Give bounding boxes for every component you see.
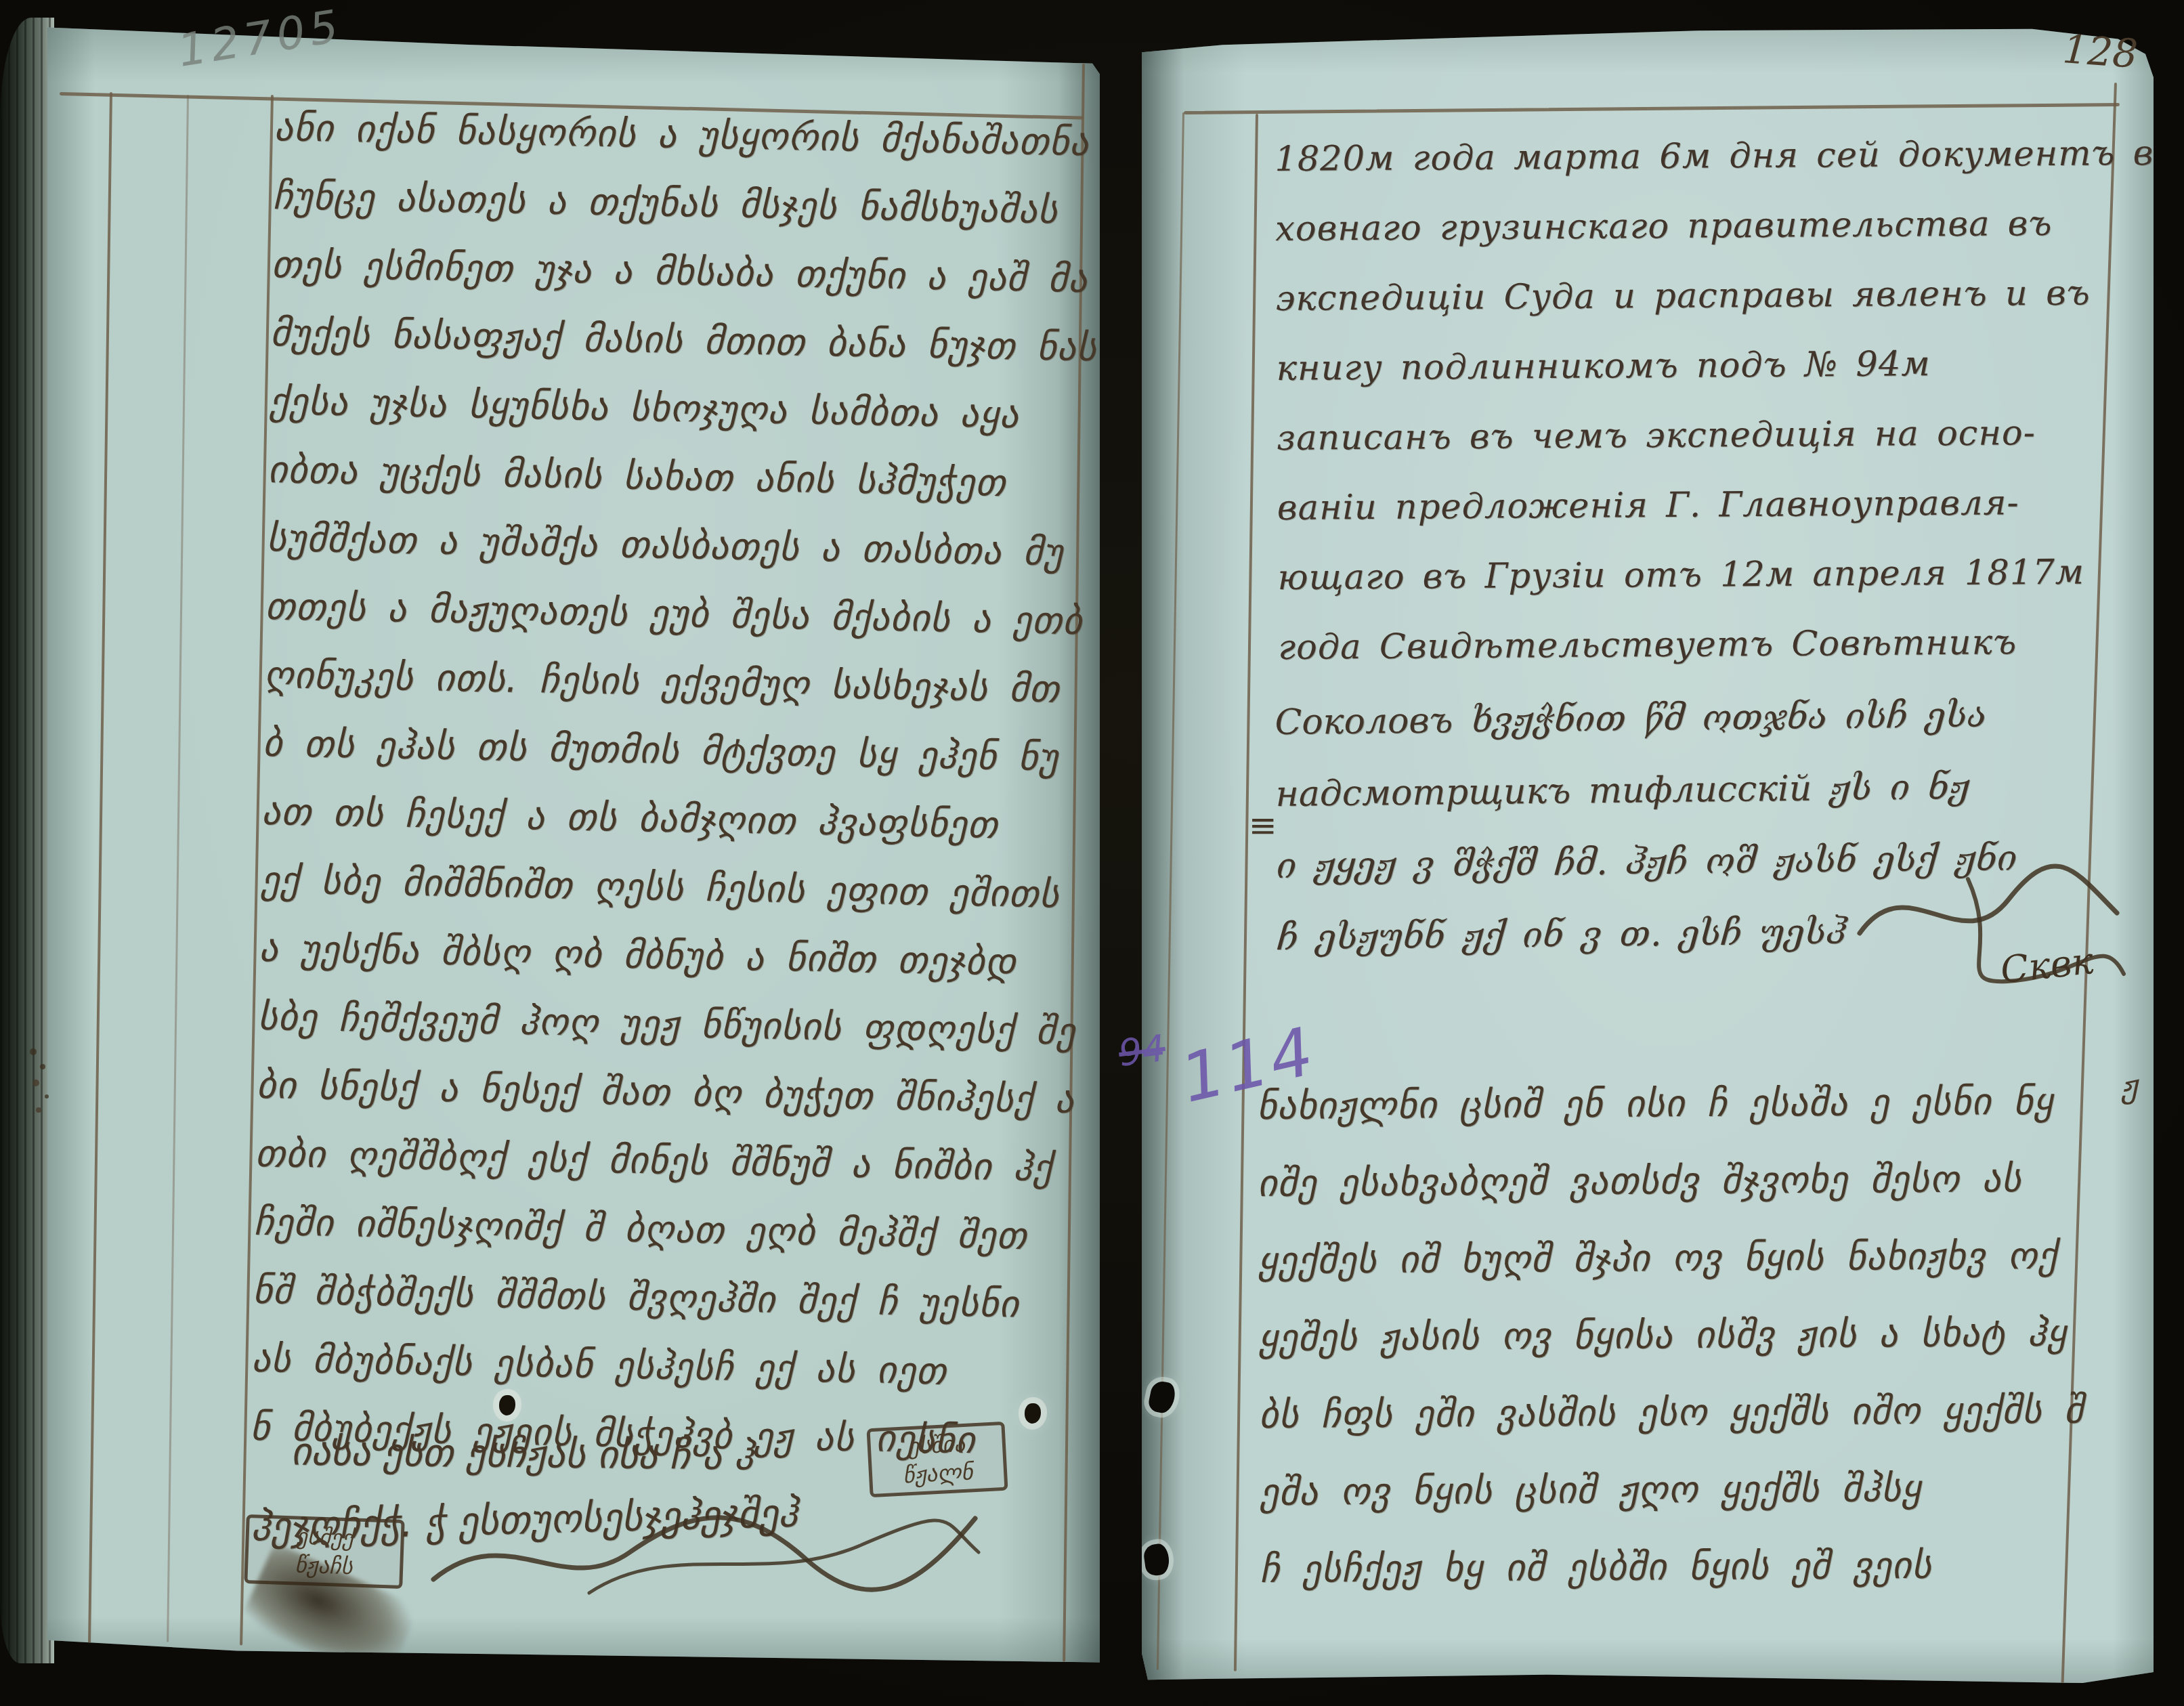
margin-rule-right-2 bbox=[1234, 114, 1258, 1671]
triple-dash-mark: ≡ bbox=[1249, 806, 1275, 845]
manuscript-text-line: ჩ ესჩქეჟ ხყ იშ ესბში ნყის ეშ ვეის bbox=[1260, 1525, 2117, 1608]
russian-text-line: 1820м года марта 6м дня сей документъ ве… bbox=[1275, 119, 2122, 194]
russian-text-line: книгу подлинникомъ подъ № 94м bbox=[1276, 328, 2123, 404]
russian-text-line: записанъ въ чемъ экспедицiя на осно- bbox=[1277, 398, 2124, 473]
stamp-box-right: ესშიაწჟალნ bbox=[866, 1422, 1008, 1498]
margin-rule-left-2 bbox=[167, 95, 189, 1642]
manuscript-text-line: ყეშეს ჟასის ოვ ნყისა ისშვ ჟის ა სხატ ჰყ bbox=[1258, 1294, 2116, 1376]
russian-text-line: ховнаго грузинскаго правительства въ bbox=[1275, 188, 2122, 264]
top-rule-right-page bbox=[1184, 103, 2120, 114]
georgian-text-block-left: ანი იქან ნასყორის ა უსყორის მქანაშათნაჩუ… bbox=[250, 93, 1098, 1476]
ink-folio: 128 bbox=[2061, 26, 2139, 77]
scan-backdrop: ანი იქან ნასყორის ა უსყორის მქანაშათნაჩუ… bbox=[0, 0, 2184, 1706]
russian-text-line: ванiи предложенiя Г. Главноуправля- bbox=[1277, 467, 2124, 543]
book-fore-edge-stack bbox=[0, 18, 54, 1663]
signature-flourish-left bbox=[427, 1478, 982, 1606]
mixed-text-line: надсмотрщикъ тифлисскiй ჟს ი ნჟ bbox=[1275, 750, 2129, 830]
manuscript-text-line: ბს ჩფს ეში ვასშის ესო ყექშს იშო ყექშს შ bbox=[1259, 1371, 2116, 1453]
right-page: 1820м года марта 6м дня сей документъ ве… bbox=[1142, 19, 2154, 1686]
manuscript-text-line: ნახიჟლნი ცსიშ ენ ისი ჩ ესაშა ე ესნი ნყ bbox=[1257, 1062, 2114, 1145]
mixed-text-line: Соколовъ ხვჟჭნით წმ ოთჯნა ისჩ ესა bbox=[1275, 678, 2128, 759]
stamp-text-line: წჟალნ bbox=[880, 1457, 996, 1491]
manuscript-text-line: ეშა ოვ ნყის ცსიშ ჟღო ყექშს შჰსყ bbox=[1259, 1448, 2116, 1531]
margin-rule-left-1 bbox=[88, 92, 112, 1646]
signature-line-1: იასა ესთ ესჩჟას ისა ჩ ა ჰ bbox=[291, 1429, 754, 1478]
manuscript-text-line: ყექშეს იშ ხუღშ შჯპი ოვ ნყის ნახიჟხვ ოქ bbox=[1258, 1216, 2115, 1299]
russian-text-line: года Свидѣтельствуетъ Совѣтникъ bbox=[1278, 607, 2125, 683]
manuscript-text-line: იშე ესახვაბღეშ ვათსძვ შჯვოხე შესო ას bbox=[1258, 1139, 2115, 1222]
margin-tick: ჟ bbox=[2121, 1067, 2138, 1105]
margin-scribble bbox=[30, 1048, 37, 1055]
russian-text-block: 1820м года марта 6м дня сей документъ ве… bbox=[1275, 119, 2125, 683]
georgian-text-block-right: ნახიჟლნი ცსიშ ენ ისი ჩ ესაშა ე ესნი ნყიშ… bbox=[1257, 1062, 2117, 1608]
left-page: ანი იქან ნასყორის ა უსყორის მქანაშათნაჩუ… bbox=[47, 22, 1100, 1664]
purple-crossed-number: 94 bbox=[1116, 1027, 1168, 1075]
russian-text-line: ющаго въ Грузiи отъ 12м апреля 1817м bbox=[1277, 537, 2124, 613]
signature-flourish-right bbox=[1846, 852, 2131, 1008]
punch-hole bbox=[1147, 1380, 1178, 1415]
margin-rule-right-1 bbox=[1157, 112, 1184, 1670]
punch-hole bbox=[1142, 1543, 1171, 1577]
russian-text-line: экспедицiи Суда и расправы явленъ и въ bbox=[1275, 258, 2122, 334]
